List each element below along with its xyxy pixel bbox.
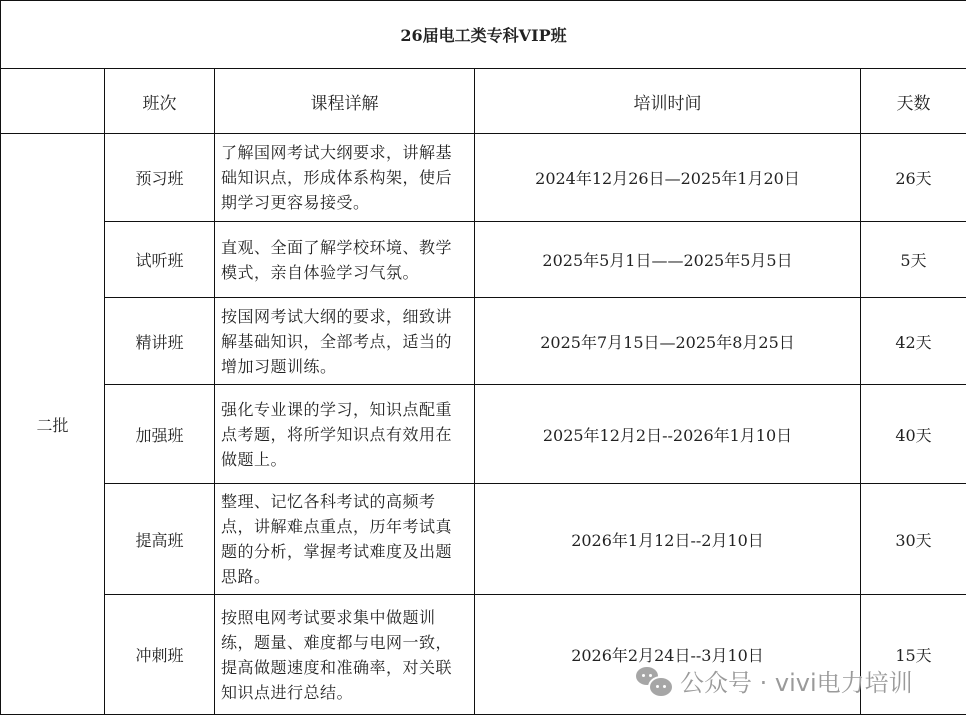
course-schedule-table: 26届电工类专科VIP班 班次 课程详解 培训时间 天数 二批 预习班 了解国网… <box>0 0 966 715</box>
days: 26天 <box>861 134 966 222</box>
class-name: 冲刺班 <box>105 595 215 715</box>
table-row: 提高班 整理、记忆各科考试的高频考点，讲解难点重点，历年考试真题的分析，掌握考试… <box>1 484 966 595</box>
header-batch <box>1 69 105 134</box>
header-class: 班次 <box>105 69 215 134</box>
training-time: 2025年7月15日—2025年8月25日 <box>475 298 861 385</box>
training-time: 2026年2月24日--3月10日 <box>475 595 861 715</box>
table-row: 精讲班 按国网考试大纲的要求，细致讲解基础知识，全部考点，适当的增加习题训练。 … <box>1 298 966 385</box>
training-time: 2025年5月1日——2025年5月5日 <box>475 222 861 298</box>
header-description: 课程详解 <box>215 69 475 134</box>
training-time: 2026年1月12日--2月10日 <box>475 484 861 595</box>
header-days: 天数 <box>861 69 966 134</box>
table-row: 冲刺班 按照电网考试要求集中做题训练，题量、难度都与电网一致，提高做题速度和准确… <box>1 595 966 715</box>
class-description: 直观、全面了解学校环境、教学模式，亲自体验学习气氛。 <box>215 222 475 298</box>
class-name: 试听班 <box>105 222 215 298</box>
days: 5天 <box>861 222 966 298</box>
training-time: 2025年12月2日--2026年1月10日 <box>475 385 861 484</box>
class-description: 了解国网考试大纲要求，讲解基础知识点，形成体系构架，使后期学习更容易接受。 <box>215 134 475 222</box>
days: 40天 <box>861 385 966 484</box>
days: 15天 <box>861 595 966 715</box>
class-name: 加强班 <box>105 385 215 484</box>
header-row: 班次 课程详解 培训时间 天数 <box>1 69 966 134</box>
table-row: 加强班 强化专业课的学习，知识点配重点考题，将所学知识点有效用在做题上。 202… <box>1 385 966 484</box>
class-description: 强化专业课的学习，知识点配重点考题，将所学知识点有效用在做题上。 <box>215 385 475 484</box>
class-name: 精讲班 <box>105 298 215 385</box>
header-training-time: 培训时间 <box>475 69 861 134</box>
table-title: 26届电工类专科VIP班 <box>1 1 966 69</box>
days: 42天 <box>861 298 966 385</box>
days: 30天 <box>861 484 966 595</box>
training-time: 2024年12月26日—2025年1月20日 <box>475 134 861 222</box>
class-description: 整理、记忆各科考试的高频考点，讲解难点重点，历年考试真题的分析，掌握考试难度及出… <box>215 484 475 595</box>
table-row: 二批 预习班 了解国网考试大纲要求，讲解基础知识点，形成体系构架，使后期学习更容… <box>1 134 966 222</box>
batch-cell: 二批 <box>1 134 105 715</box>
class-description: 按照电网考试要求集中做题训练，题量、难度都与电网一致，提高做题速度和准确率，对关… <box>215 595 475 715</box>
class-name: 提高班 <box>105 484 215 595</box>
table-row: 试听班 直观、全面了解学校环境、教学模式，亲自体验学习气氛。 2025年5月1日… <box>1 222 966 298</box>
class-description: 按国网考试大纲的要求，细致讲解基础知识，全部考点，适当的增加习题训练。 <box>215 298 475 385</box>
class-name: 预习班 <box>105 134 215 222</box>
